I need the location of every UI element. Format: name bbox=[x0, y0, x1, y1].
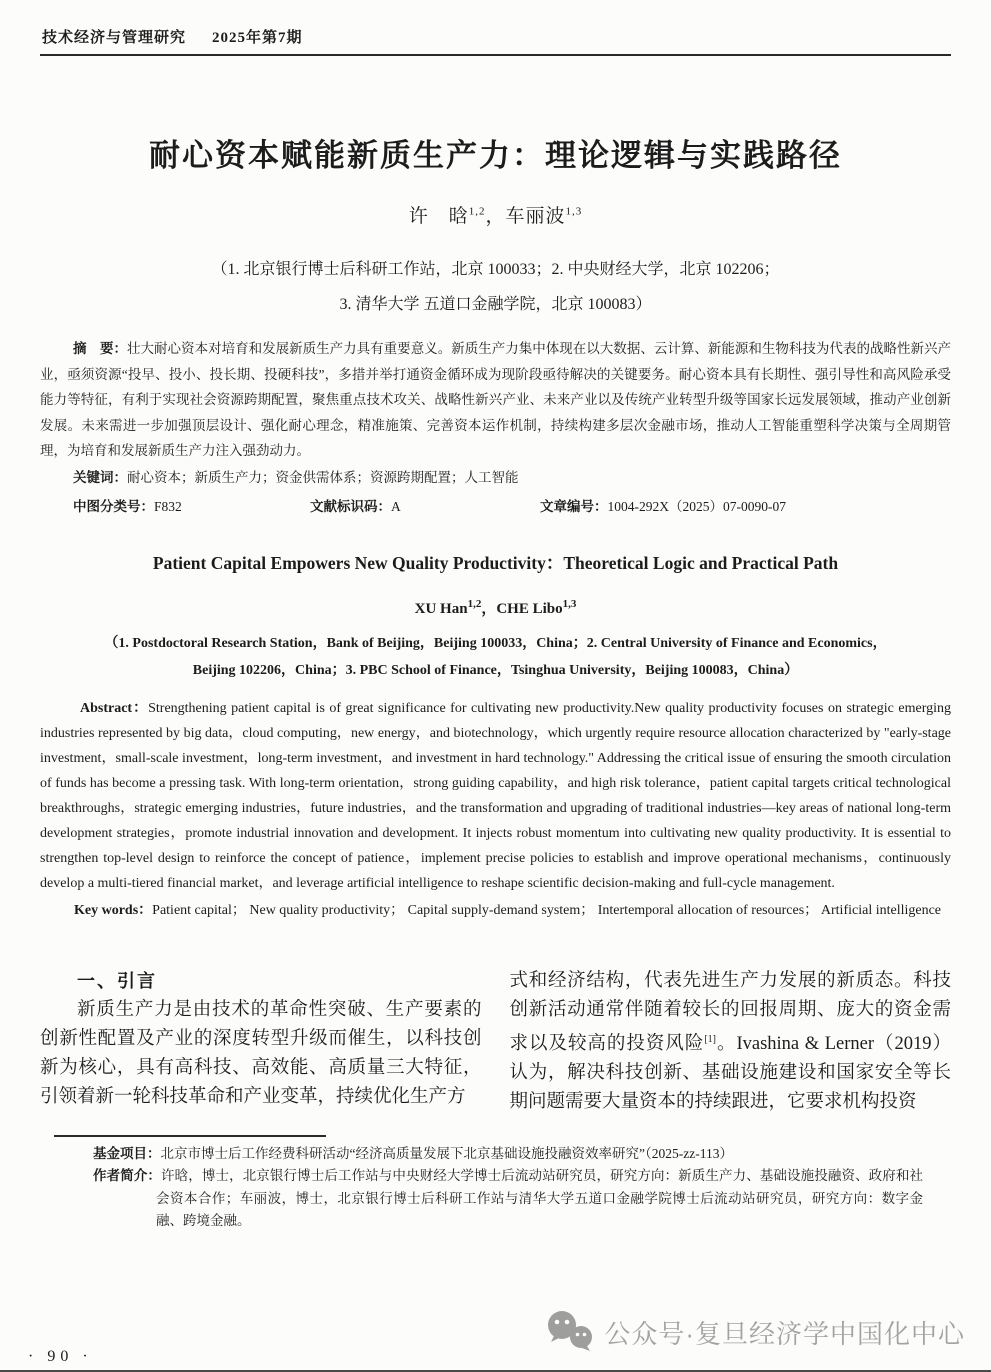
author-bio-note: 作者简介：许晗，博士，北京银行博士后工作站与中央财经大学博士后流动站研究员，研究… bbox=[93, 1165, 923, 1233]
abstract-en: Abstract：Strengthening patient capital i… bbox=[40, 696, 951, 896]
author-name-en: CHE Libo bbox=[496, 601, 562, 617]
article-id-value: 1004-292X（2025）07-0090-07 bbox=[608, 499, 787, 514]
author-separator: ， bbox=[481, 601, 496, 617]
classification-row: 中图分类号：F832 文献标识码：A 文章编号：1004-292X（2025）0… bbox=[40, 494, 951, 520]
bio-text: 许晗，博士，北京银行博士后工作站与中央财经大学博士后流动站研究员，研究方向：新质… bbox=[156, 1168, 923, 1228]
author-name: 许 晗 bbox=[409, 206, 469, 227]
paper-title-en: Patient Capital Empowers New Quality Pro… bbox=[40, 550, 951, 575]
author-name-en: XU Han bbox=[415, 601, 468, 617]
bio-label: 作者简介： bbox=[93, 1168, 161, 1183]
header-rule bbox=[40, 54, 951, 56]
page-number: · 90 · bbox=[28, 1348, 93, 1366]
author-superscript: 1,3 bbox=[566, 206, 583, 218]
fund-label: 基金项目： bbox=[93, 1146, 161, 1161]
journal-name: 技术经济与管理研究 bbox=[42, 26, 186, 47]
author-separator: ， bbox=[485, 206, 505, 227]
affiliation-zh-line2: 3. 清华大学 五道口金融学院，北京 100083） bbox=[40, 287, 951, 322]
author-superscript: 1,2 bbox=[468, 598, 482, 610]
author-name: 车丽波 bbox=[506, 206, 566, 227]
keywords-text-zh: 耐心资本；新质生产力；资金供需体系；资源跨期配置；人工智能 bbox=[127, 470, 519, 485]
watermark-text: 公众号·复旦经济学中国化中心 bbox=[604, 1314, 965, 1351]
affiliation-en: （1. Postdoctoral Research Station，Bank o… bbox=[40, 630, 951, 684]
abstract-label-zh: 摘 要： bbox=[73, 341, 127, 356]
footnote-rule bbox=[54, 1135, 326, 1137]
abstract-label-en: Abstract： bbox=[80, 701, 148, 716]
affiliation-zh-line1: （1. 北京银行博士后科研工作站，北京 100033；2. 中央财经大学，北京 … bbox=[40, 252, 951, 287]
fund-text: 北京市博士后工作经费科研活动“经济高质量发展下北京基础设施投融资效率研究”（20… bbox=[161, 1146, 733, 1161]
doc-code-value: A bbox=[391, 499, 401, 514]
article-id-label: 文章编号： bbox=[540, 499, 608, 514]
body-paragraph-left: 新质生产力是由技术的革命性突破、生产要素的创新性配置及产业的深度转型升级而催生，… bbox=[40, 996, 482, 1112]
body-right-column: 式和经济结构，代表先进生产力发展的新质态。科技创新活动通常伴随着较长的回报周期、… bbox=[510, 967, 952, 1117]
article-id: 文章编号：1004-292X（2025）07-0090-07 bbox=[540, 494, 786, 520]
body-columns: 一、引言 新质生产力是由技术的革命性突破、生产要素的创新性配置及产业的深度转型升… bbox=[40, 967, 951, 1117]
wechat-icon bbox=[544, 1309, 596, 1356]
fund-project-note: 基金项目：北京市博士后工作经费科研活动“经济高质量发展下北京基础设施投融资效率研… bbox=[93, 1143, 923, 1166]
body-left-column: 一、引言 新质生产力是由技术的革命性突破、生产要素的创新性配置及产业的深度转型升… bbox=[40, 967, 482, 1117]
affiliation-en-line2: Beijing 102206，China；3. PBC School of Fi… bbox=[40, 657, 951, 684]
footnotes: 基金项目：北京市博士后工作经费科研活动“经济高质量发展下北京基础设施投融资效率研… bbox=[40, 1143, 951, 1233]
clc-number: 中图分类号：F832 bbox=[73, 494, 310, 520]
clc-value: F832 bbox=[154, 499, 182, 514]
authors-zh: 许 晗1,2，车丽波1,3 bbox=[40, 201, 951, 228]
keywords-zh: 关键词：耐心资本；新质生产力；资金供需体系；资源跨期配置；人工智能 bbox=[40, 465, 951, 491]
doc-code-label: 文献标识码： bbox=[310, 499, 391, 514]
author-superscript: 1,3 bbox=[563, 598, 577, 610]
affiliation-zh: （1. 北京银行博士后科研工作站，北京 100033；2. 中央财经大学，北京 … bbox=[40, 252, 951, 322]
paper-page: 技术经济与管理研究 2025年第7期 耐心资本赋能新质生产力：理论逻辑与实践路径… bbox=[0, 0, 991, 1372]
affiliation-en-line1: （1. Postdoctoral Research Station，Bank o… bbox=[40, 630, 951, 657]
abstract-zh: 摘 要：壮大耐心资本对培育和发展新质生产力具有重要意义。新质生产力集中体现在以大… bbox=[40, 336, 951, 464]
keywords-label-zh: 关键词： bbox=[73, 470, 127, 485]
journal-issue: 2025年第7期 bbox=[212, 26, 303, 47]
keywords-en: Key words：Patient capital； New quality p… bbox=[40, 898, 951, 923]
abstract-block-zh: 摘 要：壮大耐心资本对培育和发展新质生产力具有重要意义。新质生产力集中体现在以大… bbox=[40, 336, 951, 520]
body-paragraph-right: 式和经济结构，代表先进生产力发展的新质态。科技创新活动通常伴随着较长的回报周期、… bbox=[510, 967, 952, 1117]
citation-superscript: [1] bbox=[704, 1034, 716, 1045]
keywords-label-en: Key words： bbox=[74, 903, 152, 918]
journal-header: 技术经济与管理研究 2025年第7期 bbox=[40, 26, 951, 47]
abstract-text-en: Strengthening patient capital is of grea… bbox=[40, 701, 951, 891]
abstract-text-zh: 壮大耐心资本对培育和发展新质生产力具有重要意义。新质生产力集中体现在以大数据、云… bbox=[40, 341, 951, 458]
document-code: 文献标识码：A bbox=[310, 494, 540, 520]
watermark: 公众号·复旦经济学中国化中心 bbox=[544, 1309, 965, 1356]
keywords-text-en: Patient capital； New quality productivit… bbox=[152, 903, 941, 918]
authors-en: XU Han1,2，CHE Libo1,3 bbox=[40, 597, 951, 618]
author-superscript: 1,2 bbox=[469, 206, 486, 218]
clc-label: 中图分类号： bbox=[73, 499, 154, 514]
section-heading-introduction: 一、引言 bbox=[40, 967, 482, 996]
paper-title-zh: 耐心资本赋能新质生产力：理论逻辑与实践路径 bbox=[40, 130, 951, 175]
